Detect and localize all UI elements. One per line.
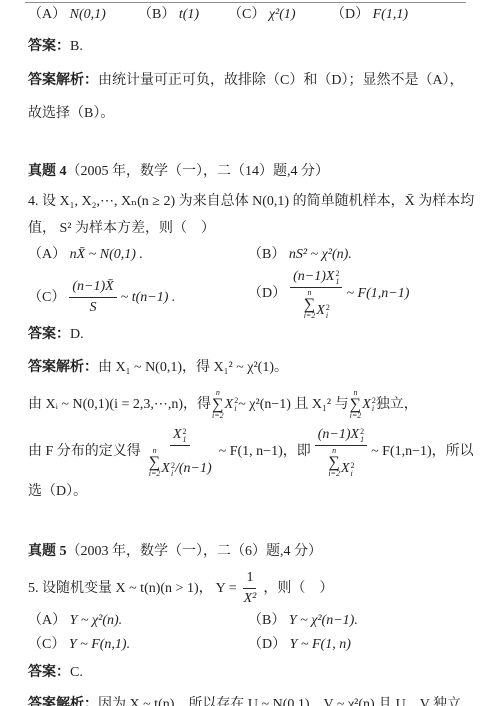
q5-option-d-label: （D） — [248, 636, 286, 654]
q5-stem-pre: 5. 设随机变量 X ~ t(n)(n > 1)， Y = — [28, 580, 237, 598]
exam-solutions-page: （A） N(0,1) （B） t(1) （C） χ²(1) （D） F(1,1)… — [0, 0, 496, 706]
sigma-icon: ∑ — [149, 455, 160, 470]
q5-option-b: （B） Y ~ χ²(n−1). — [248, 612, 478, 630]
q4-result-numerator: (n−1)X21 — [315, 426, 367, 446]
q4-option-c-numerator: (n−1)X̄ — [69, 278, 116, 298]
x-variable: X — [225, 396, 234, 414]
q4-f-definition-fraction: X21 n∑i=2X2i/(n−1) — [145, 426, 215, 478]
prev-option-c: （C） χ²(1) — [228, 6, 331, 24]
x-variable: X — [161, 460, 170, 478]
prev-option-d-label: （D） — [331, 7, 369, 22]
q4-option-a: （A） nX̄ ~ N(0,1) . — [28, 246, 248, 264]
q4-option-d: （D） (n−1)X21 n∑i=2X2i ~ F(1,n−1) — [248, 268, 478, 320]
q4-answer-label: 答案： — [28, 327, 70, 342]
q4-option-c-label: （C） — [28, 289, 65, 307]
prev-option-d-formula: F(1,1) — [373, 7, 408, 22]
q5-analysis-text: 因为 X ~ t(n)，所以存在 U ~ N(0,1)，V ~ χ²(n) 且 … — [98, 697, 475, 706]
q4-option-d-tail: ~ F(1,n−1) — [346, 285, 409, 303]
top-divider — [25, 2, 466, 3]
prev-question-options-row: （A） N(0,1) （B） t(1) （C） χ²(1) （D） F(1,1) — [28, 6, 478, 24]
x1-squared-scripts: 21 — [360, 428, 364, 444]
q4-answer-line: 答案：D. — [28, 326, 478, 344]
q5-options-row-cd: （C） Y ~ F(n,1). （D） Y ~ F(1, n) — [28, 636, 478, 654]
q4-heading-meta: （2005 年，数学（一），二（14）题,4 分） — [67, 164, 330, 179]
q4-analysis-line3-tail: ~ F(1,n−1)，所以 — [371, 443, 474, 461]
prev-option-a: （A） N(0,1) — [28, 6, 138, 24]
sum-lower-limit: i=2 — [304, 312, 316, 320]
x-variable: X — [316, 302, 325, 320]
q5-option-c-formula: Y ~ F(n,1). — [69, 636, 130, 654]
prev-option-a-formula: N(0,1) — [70, 7, 106, 22]
q5-option-a-formula: Y ~ χ²(n). — [70, 612, 123, 630]
x-variable: X — [341, 460, 350, 478]
q5-option-c: （C） Y ~ F(n,1). — [28, 636, 248, 654]
xi-squared-scripts: 2i — [326, 304, 330, 320]
q4-stem-line1: 4. 设 X₁, X₂,⋯, Xₙ(n ≥ 2) 为来自总体 N(0,1) 的简… — [28, 193, 478, 211]
x-variable: X — [326, 268, 335, 286]
q4-analysis-line2-pre: 由 Xᵢ ~ N(0,1)(i = 2,3,⋯,n)，得 — [28, 396, 211, 414]
subscript-i: i — [326, 312, 328, 320]
q5-heading-meta: （2003 年，数学（一），二（6）题,4 分） — [67, 544, 323, 559]
q4-option-d-numerator: (n−1)X21 — [290, 268, 342, 288]
q4-analysis-line4: 选（D）。 — [28, 483, 478, 501]
x-variable: X — [173, 426, 182, 444]
q4-f-def-den-tail: /(n−1) — [175, 460, 212, 478]
q4-option-b-formula: nS² ~ χ²(n). — [289, 246, 352, 264]
sum-lower-limit: i=2 — [149, 470, 161, 478]
q4-analysis-line3-mid: ~ F(1, n−1)，即 — [219, 443, 311, 461]
q4-options-row-ab: （A） nX̄ ~ N(0,1) . （B） nS² ~ χ²(n). — [28, 246, 478, 264]
q4-stem-line2: 值， S² 为样本方差，则（ ） — [28, 220, 478, 238]
q5-fraction: 1 X² — [241, 569, 260, 608]
q5-options-row-ab: （A） Y ~ χ²(n). （B） Y ~ χ²(n−1). — [28, 612, 478, 630]
sum-symbol: n∑i=2 — [304, 289, 316, 320]
prev-option-c-formula: χ²(1) — [269, 7, 296, 22]
q4-result-fraction: (n−1)X21 n∑i=2X2i — [315, 426, 367, 478]
prev-analysis-label: 答案解析： — [28, 73, 98, 88]
q4-option-b-label: （B） — [248, 246, 285, 264]
subscript-1: 1 — [183, 436, 187, 444]
q4-option-c: （C） (n−1)X̄ S ~ t(n−1) . — [28, 268, 248, 317]
q5-heading-number: 真题 5 — [28, 544, 67, 559]
sigma-icon: ∑ — [212, 397, 223, 412]
q5-heading: 真题 5（2003 年，数学（一），二（6）题,4 分） — [28, 543, 478, 561]
q4-option-c-fraction: (n−1)X̄ S — [69, 278, 116, 317]
q4-analysis-line2: 由 Xᵢ ~ N(0,1)(i = 2,3,⋯,n)，得 n∑i=2X2i ~ … — [28, 389, 478, 420]
prev-answer-value: B. — [70, 39, 83, 54]
subscript-1: 1 — [360, 436, 364, 444]
sum-lower-limit: i=2 — [350, 412, 362, 420]
q4-f-def-denominator: n∑i=2X2i/(n−1) — [145, 446, 215, 478]
q5-fraction-denominator: X² — [241, 589, 260, 608]
prev-answer-label: 答案： — [28, 39, 70, 54]
q4-analysis-text1: 由 X₁ ~ N(0,1)，得 X₁² ~ χ²(1)。 — [98, 360, 288, 375]
q4-option-c-denominator: S — [87, 298, 100, 317]
q4-option-d-num-prefix: (n−1) — [293, 268, 326, 286]
q5-answer-label: 答案： — [28, 665, 70, 680]
q5-option-c-label: （C） — [28, 636, 65, 654]
sum-symbol: n∑i=2 — [212, 389, 224, 420]
prev-analysis-line2: 故选择（B）。 — [28, 105, 478, 123]
sigma-icon: ∑ — [350, 397, 361, 412]
q4-answer-value: D. — [70, 327, 84, 342]
q4-option-c-tail: ~ t(n−1) . — [121, 289, 176, 307]
q5-option-b-formula: Y ~ χ²(n−1). — [289, 612, 358, 630]
prev-option-a-label: （A） — [28, 7, 66, 22]
sum-lower-limit: i=2 — [212, 412, 224, 420]
x-variable: X — [362, 396, 371, 414]
q5-option-b-label: （B） — [248, 612, 285, 630]
subscript-i: i — [171, 470, 173, 478]
prev-option-b: （B） t(1) — [138, 6, 228, 24]
q4-option-d-label: （D） — [248, 285, 286, 303]
q4-f-def-numerator: X21 — [170, 426, 190, 446]
q4-analysis-line3: 由 F 分布的定义得 X21 n∑i=2X2i/(n−1) ~ F(1, n−1… — [28, 426, 478, 478]
x1-squared-scripts: 21 — [335, 270, 339, 286]
sum-symbol: n∑i=2 — [328, 447, 340, 478]
q5-answer-line: 答案：C. — [28, 664, 478, 682]
sum-symbol: n∑i=2 — [350, 389, 362, 420]
prev-option-c-label: （C） — [228, 7, 265, 22]
q5-option-d: （D） Y ~ F(1, n) — [248, 636, 478, 654]
x1-squared-scripts: 21 — [183, 428, 187, 444]
q4-result-num-prefix: (n−1) — [318, 426, 351, 444]
subscript-i: i — [234, 405, 236, 413]
q5-analysis-label: 答案解析： — [28, 697, 98, 706]
q5-option-a: （A） Y ~ χ²(n). — [28, 612, 248, 630]
q5-fraction-numerator: 1 — [243, 569, 256, 589]
sigma-icon: ∑ — [304, 297, 315, 312]
q5-stem-tail: ，则（ ） — [263, 580, 333, 598]
prev-answer-line: 答案：B. — [28, 38, 478, 56]
q4-analysis-line1: 答案解析：由 X₁ ~ N(0,1)，得 X₁² ~ χ²(1)。 — [28, 359, 478, 377]
q4-option-d-fraction: (n−1)X21 n∑i=2X2i — [290, 268, 342, 320]
sum-symbol: n∑i=2 — [149, 447, 161, 478]
q4-heading-number: 真题 4 — [28, 164, 67, 179]
q4-analysis-line2-tail: 独立， — [376, 396, 418, 414]
prev-option-b-label: （B） — [138, 7, 175, 22]
x-variable: X — [351, 426, 360, 444]
q4-analysis-line3-pre: 由 F 分布的定义得 — [28, 443, 141, 461]
prev-option-b-formula: t(1) — [179, 7, 199, 22]
prev-analysis-text1: 由统计量可正可负，故排除（C）和（D）；显然不是（A）， — [98, 73, 464, 88]
q4-analysis-line2-mid: ~ χ²(n−1) 且 X₁² 与 — [238, 396, 348, 414]
prev-analysis-text2: 故选择（B）。 — [28, 106, 114, 121]
sigma-icon: ∑ — [328, 455, 339, 470]
q4-option-b: （B） nS² ~ χ²(n). — [248, 246, 478, 264]
q4-result-denominator: n∑i=2X2i — [324, 446, 357, 478]
q5-answer-value: C. — [70, 665, 83, 680]
subscript-1: 1 — [335, 278, 339, 286]
prev-analysis-line1: 答案解析：由统计量可正可负，故排除（C）和（D）；显然不是（A）， — [28, 72, 478, 90]
subscript-i: i — [372, 405, 374, 413]
q5-option-a-label: （A） — [28, 612, 66, 630]
q4-options-row-cd: （C） (n−1)X̄ S ~ t(n−1) . （D） (n−1)X21 n∑… — [28, 268, 478, 320]
prev-option-d: （D） F(1,1) — [331, 6, 408, 24]
q4-analysis-label: 答案解析： — [28, 360, 98, 375]
subscript-i: i — [351, 470, 353, 478]
q4-option-a-label: （A） — [28, 246, 66, 264]
q4-option-d-denominator: n∑i=2X2i — [300, 288, 333, 320]
q5-stem-line: 5. 设随机变量 X ~ t(n)(n > 1)， Y = 1 X² ，则（ ） — [28, 569, 478, 608]
xi-squared-scripts: 2i — [351, 462, 355, 478]
q5-analysis-line: 答案解析：因为 X ~ t(n)，所以存在 U ~ N(0,1)，V ~ χ²(… — [28, 696, 478, 706]
q4-heading: 真题 4（2005 年，数学（一），二（14）题,4 分） — [28, 163, 478, 181]
q5-option-d-formula: Y ~ F(1, n) — [290, 636, 351, 654]
q4-option-a-formula: nX̄ ~ N(0,1) . — [70, 246, 143, 264]
sum-lower-limit: i=2 — [328, 470, 340, 478]
